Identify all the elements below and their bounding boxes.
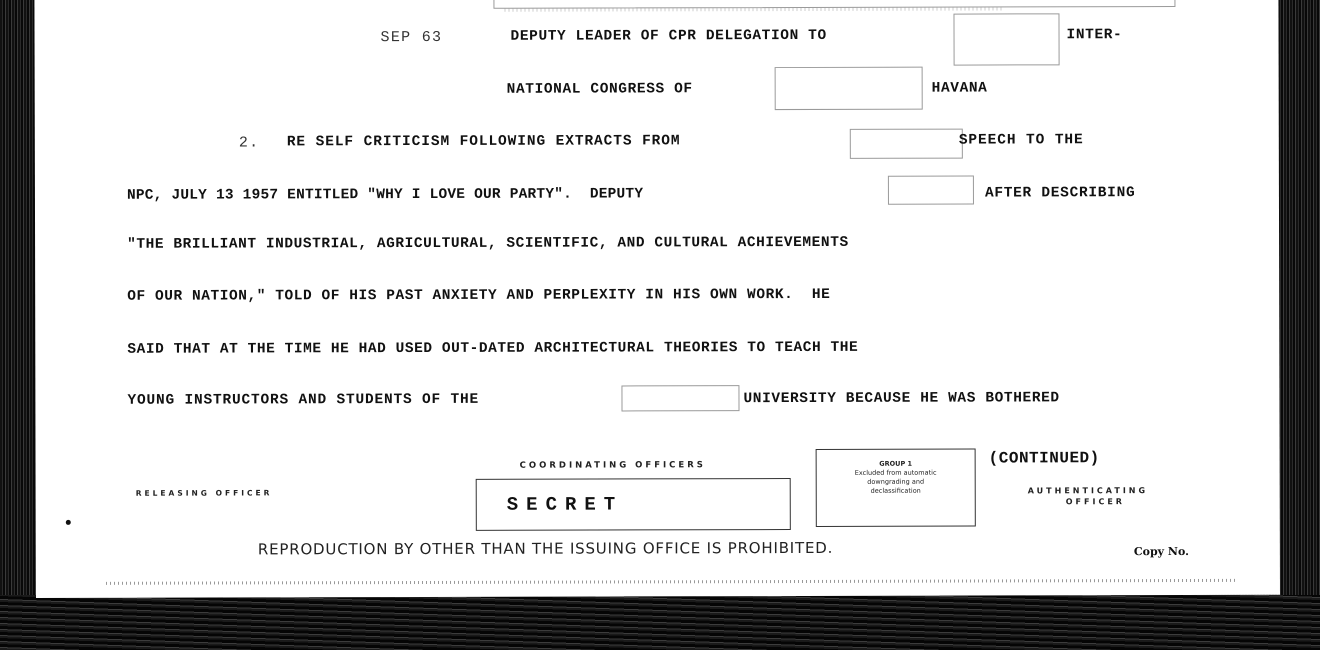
entry-line-1-tail: INTER- — [1067, 27, 1123, 43]
copy-number-label: Copy No. — [1134, 545, 1189, 558]
scan-noise-top — [504, 7, 1004, 11]
entry-date: SEP 63 — [381, 29, 443, 46]
redaction-box-speaker — [850, 129, 963, 159]
group-line-3: declassification — [817, 487, 975, 496]
entry-line-2-tail: HAVANA — [932, 81, 988, 97]
group-line-2: downgrading and — [817, 478, 975, 487]
paragraph-line-2-tail: AFTER DESCRIBING — [985, 185, 1135, 201]
classification-box: SECRET — [476, 478, 791, 531]
document-page: SEP 63 DEPUTY LEADER OF CPR DELEGATION T… — [34, 0, 1280, 598]
scan-noise-bottom — [106, 579, 1236, 585]
paragraph-line-2: NPC, JULY 13 1957 ENTITLED "WHY I LOVE O… — [127, 186, 643, 203]
redaction-box-congress-name — [775, 67, 923, 110]
releasing-officer-label: RELEASING OFFICER — [136, 488, 273, 497]
reproduction-notice: REPRODUCTION BY OTHER THAN THE ISSUING O… — [258, 539, 833, 559]
scan-bottom-edge — [0, 595, 1320, 650]
authenticating-officer-label: AUTHENTICATING — [1028, 486, 1148, 495]
continued-marker: (CONTINUED) — [989, 449, 1100, 467]
paragraph-line-4: OF OUR NATION," TOLD OF HIS PAST ANXIETY… — [127, 287, 830, 305]
paragraph-line-6-tail: UNIVERSITY BECAUSE HE WAS BOTHERED — [743, 390, 1059, 407]
classification-marking: SECRET — [507, 493, 623, 515]
redaction-box-deputy — [888, 176, 974, 205]
entry-line-2: NATIONAL CONGRESS OF — [507, 81, 693, 97]
group-label: GROUP 1 — [817, 460, 975, 469]
paragraph-line-5: SAID THAT AT THE TIME HE HAD USED OUT-DA… — [127, 340, 858, 358]
authenticating-officer-label-2: OFFICER — [1066, 497, 1125, 506]
redaction-box-university — [621, 385, 739, 411]
paragraph-line-6: YOUNG INSTRUCTORS AND STUDENTS OF THE — [127, 392, 479, 409]
paragraph-line-3: "THE BRILLIANT INDUSTRIAL, AGRICULTURAL,… — [127, 235, 849, 253]
paragraph-line-1-tail: SPEECH TO THE — [959, 132, 1084, 148]
coordinating-officers-label: COORDINATING OFFICERS — [520, 460, 706, 470]
redaction-box-congress — [953, 13, 1059, 65]
group-line-1: Excluded from automatic — [817, 469, 975, 478]
paragraph-number: 2. — [239, 134, 260, 151]
scan-speck — [66, 520, 71, 525]
paragraph-line-1: RE SELF CRITICISM FOLLOWING EXTRACTS FRO… — [287, 133, 681, 150]
entry-line-1: DEPUTY LEADER OF CPR DELEGATION TO — [511, 28, 827, 45]
group-declassification-box: GROUP 1 Excluded from automatic downgrad… — [816, 449, 976, 527]
